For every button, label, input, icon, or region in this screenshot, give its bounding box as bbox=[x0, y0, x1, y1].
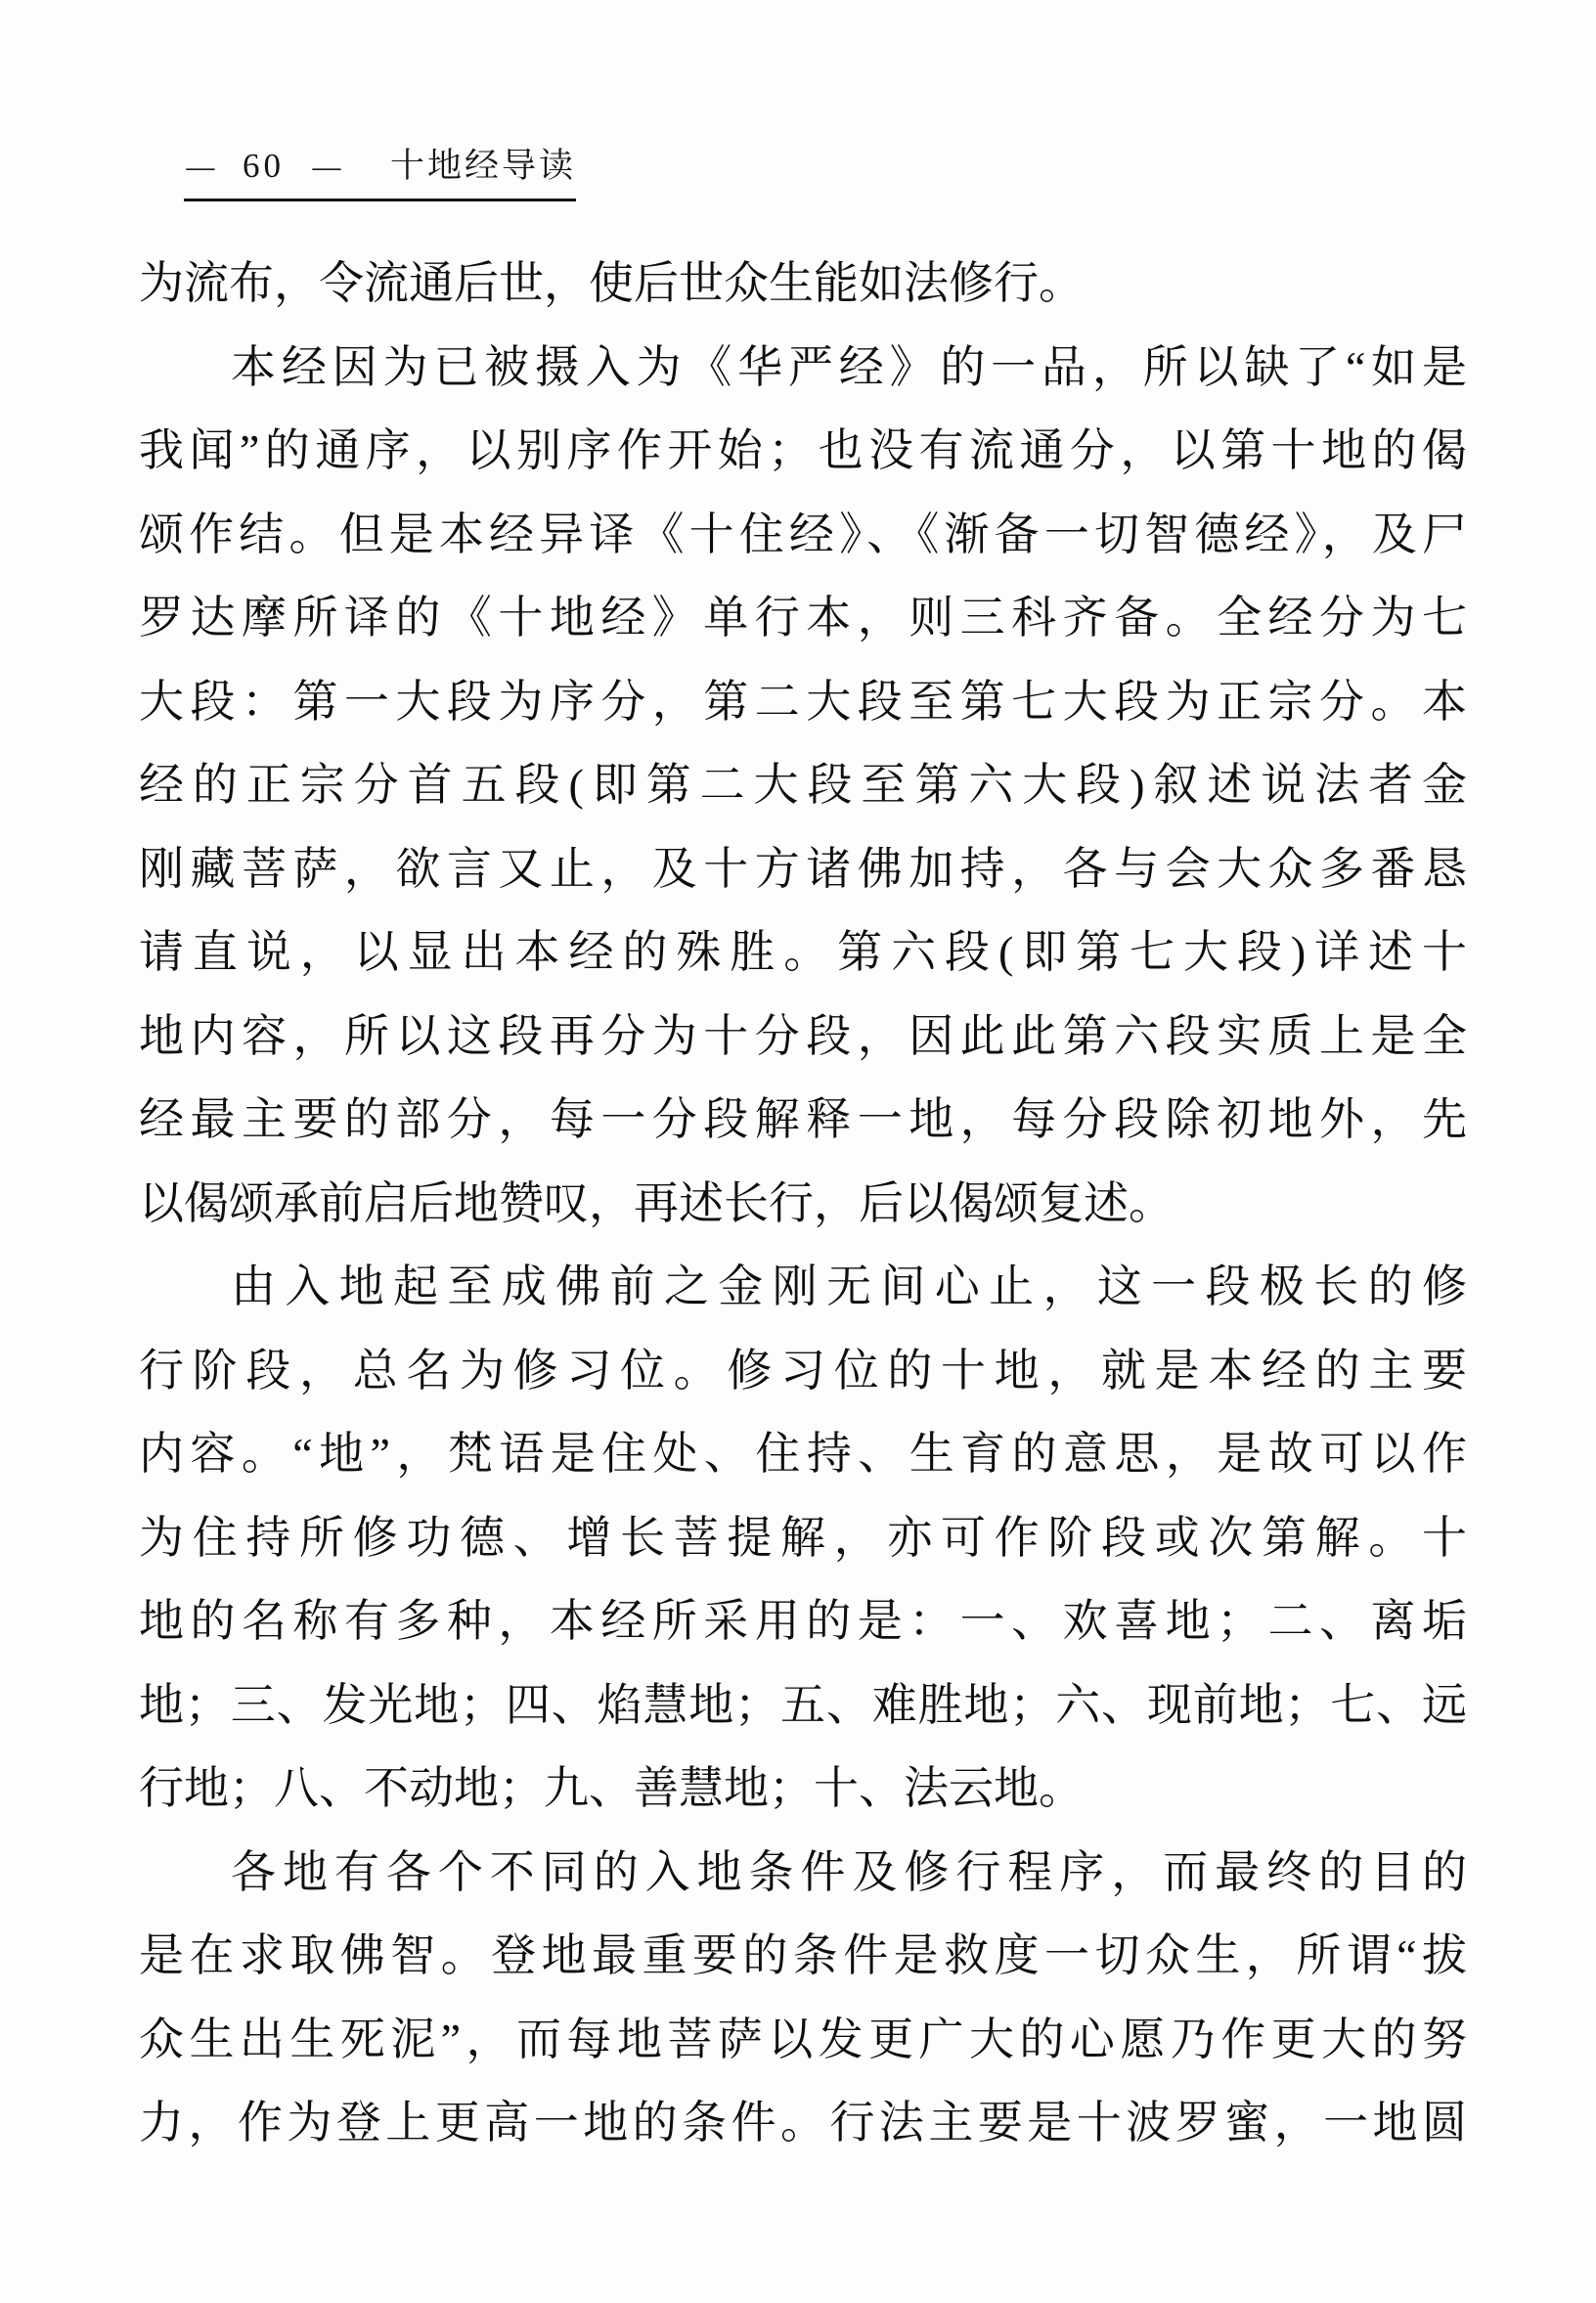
text-line: 本经因为已被摄入为《华严经》的一品，所以缺了“如是 bbox=[139, 326, 1467, 410]
text-line: 各地有各个不同的入地条件及修行程序，而最终的目的 bbox=[139, 1831, 1467, 1915]
text-line: 为住持所修功德、增长菩提解，亦可作阶段或次第解。十 bbox=[139, 1496, 1467, 1580]
page-header: —60—十地经导读 bbox=[184, 147, 576, 201]
book-title: 十地经导读 bbox=[390, 147, 576, 186]
page-number: 60 bbox=[243, 147, 285, 186]
header-dash-right: — bbox=[313, 148, 341, 187]
text-line: 刚藏菩萨，欲言又止，及十方诸佛加持，各与会大众多番恳 bbox=[139, 827, 1467, 911]
text-line: 地的名称有多种，本经所采用的是：一、欢喜地；二、离垢 bbox=[139, 1579, 1467, 1663]
book-page: —60—十地经导读 为流布，令流通后世，使后世众生能如法修行。本经因为已被摄入为… bbox=[0, 0, 1596, 2303]
text-line: 行阶段，总名为修习位。修习位的十地，就是本经的主要 bbox=[139, 1329, 1467, 1413]
text-line: 众生出生死泥”，而每地菩萨以发更广大的心愿乃作更大的努 bbox=[139, 1998, 1467, 2082]
text-line: 力，作为登上更高一地的条件。行法主要是十波罗蜜，一地圆 bbox=[139, 2081, 1467, 2165]
text-line: 请直说，以显出本经的殊胜。第六段(即第七大段)详述十 bbox=[139, 910, 1467, 995]
text-line: 地内容，所以这段再分为十分段，因此此第六段实质上是全 bbox=[139, 995, 1467, 1079]
text-line: 是在求取佛智。登地最重要的条件是救度一切众生，所谓“拔 bbox=[139, 1914, 1467, 1998]
text-line: 我闻”的通序，以别序作开始；也没有流通分，以第十地的偈 bbox=[139, 409, 1467, 493]
text-line: 颂作结。但是本经异译《十住经》、《渐备一切智德经》，及尸 bbox=[139, 493, 1467, 577]
text-line: 大段：第一大段为序分，第二大段至第七大段为正宗分。本 bbox=[139, 660, 1467, 744]
body-text: 为流布，令流通后世，使后世众生能如法修行。本经因为已被摄入为《华严经》的一品，所… bbox=[139, 242, 1467, 2165]
text-line: 为流布，令流通后世，使后世众生能如法修行。 bbox=[139, 242, 1467, 326]
text-line: 地；三、发光地；四、焰慧地；五、难胜地；六、现前地；七、远 bbox=[139, 1663, 1467, 1748]
text-line: 经的正宗分首五段(即第二大段至第六大段)叙述说法者金 bbox=[139, 743, 1467, 827]
text-line: 以偈颂承前启后地赞叹，再述长行，后以偈颂复述。 bbox=[139, 1162, 1467, 1246]
text-line: 由入地起至成佛前之金刚无间心止，这一段极长的修 bbox=[139, 1245, 1467, 1329]
text-line: 罗达摩所译的《十地经》单行本，则三科齐备。全经分为七 bbox=[139, 576, 1467, 660]
text-line: 内容。“地”，梵语是住处、住持、生育的意思，是故可以作 bbox=[139, 1412, 1467, 1496]
text-line: 行地；八、不动地；九、善慧地；十、法云地。 bbox=[139, 1747, 1467, 1831]
header-dash-left: — bbox=[187, 148, 215, 187]
text-line: 经最主要的部分，每一分段解释一地，每分段除初地外，先 bbox=[139, 1078, 1467, 1162]
